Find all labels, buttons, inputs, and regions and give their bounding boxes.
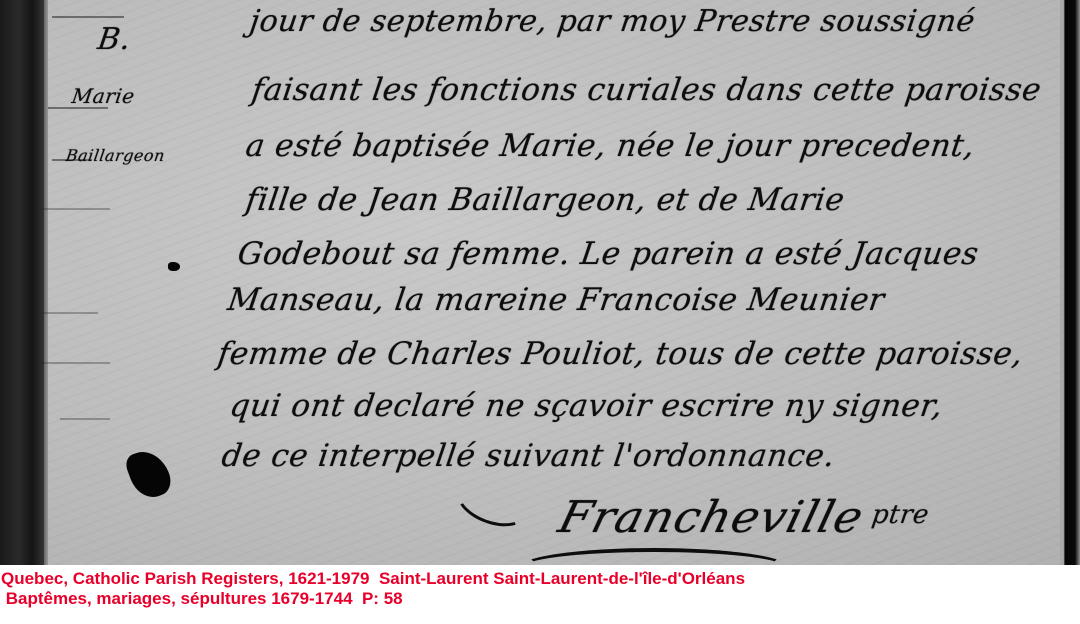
register-scan: B. Marie Baillargeon jour de septembre, … — [0, 0, 1080, 565]
margin-first-name: Marie — [70, 84, 136, 108]
margin-ruling — [52, 16, 124, 18]
page-edge-right — [1060, 0, 1080, 565]
signature-suffix: ptre — [870, 500, 931, 530]
signature-underline — [520, 548, 788, 565]
margin-ruling — [60, 418, 110, 420]
register-line-8: qui ont declaré ne sçavoir escrire ny si… — [227, 388, 945, 424]
margin-ruling — [40, 208, 110, 210]
book-binding-left — [0, 0, 46, 565]
register-line-4: fille de Jean Baillargeon, et de Marie — [243, 182, 846, 218]
register-line-3: a esté baptisée Marie, née le jour prece… — [243, 128, 977, 164]
signature-flourish — [449, 466, 536, 535]
register-line-7: femme de Charles Pouliot, tous de cette … — [215, 336, 1025, 372]
margin-ruling — [40, 312, 98, 314]
register-line-6: Manseau, la mareine Francoise Meunier — [225, 282, 886, 318]
margin-ruling — [40, 362, 110, 364]
margin-last-name: Baillargeon — [65, 146, 167, 165]
register-line-2: faisant les fonctions curiales dans cett… — [249, 72, 1043, 108]
ink-blot — [123, 445, 175, 503]
margin-entry-marker: B. — [96, 22, 134, 57]
register-line-9: de ce interpellé suivant l'ordonnance. — [219, 438, 837, 474]
caption-line-2: Baptêmes, mariages, sépultures 1679-1744… — [1, 589, 403, 609]
caption-line-1: Quebec, Catholic Parish Registers, 1621-… — [1, 569, 745, 589]
priest-signature: Francheville — [554, 491, 870, 542]
source-caption: Quebec, Catholic Parish Registers, 1621-… — [0, 565, 1080, 624]
binding-edge — [44, 0, 48, 565]
register-line-1: jour de septembre, par moy Prestre souss… — [248, 4, 978, 39]
register-line-5: Godebout sa femme. Le parein a esté Jacq… — [235, 236, 980, 272]
ink-blot — [168, 262, 180, 271]
